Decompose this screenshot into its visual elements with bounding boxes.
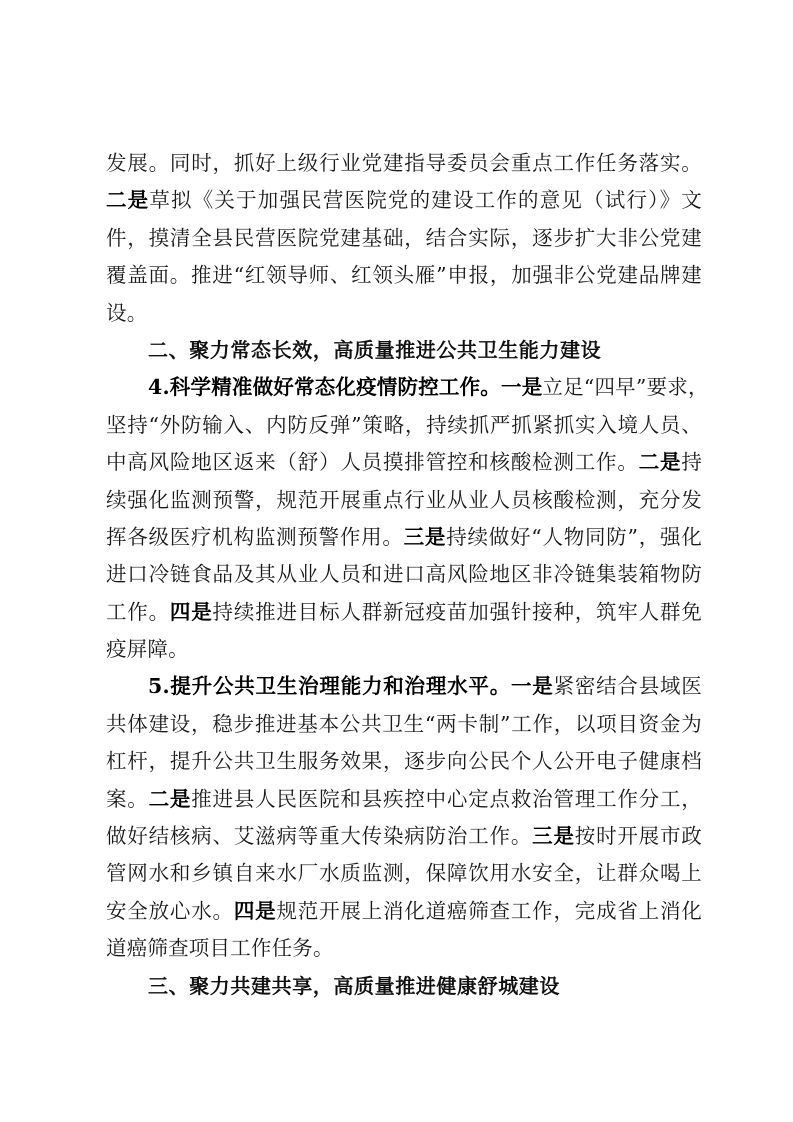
text-run: 立足“四早”要求， xyxy=(542,375,708,399)
text-run: 续强化监测预警，规范开展重点行业从业人员核酸检测，充分发 xyxy=(106,488,702,512)
text-line: 二是草拟《关于加强民营医院党的建设工作的意见（试行）》文 xyxy=(106,182,702,219)
text-line: 疫屏障。 xyxy=(106,631,702,668)
bold-lead-text: 4.科学精准做好常态化疫情防控工作。一是 xyxy=(148,375,542,399)
text-line: 4.科学精准做好常态化疫情防控工作。一是立足“四早”要求， xyxy=(106,369,702,406)
text-line: 案。二是推进县人民医院和县疾控中心定点救治管理工作分工， xyxy=(106,781,702,818)
text-run: 道癌筛查项目工作任务。 xyxy=(106,936,334,960)
text-line: 设。 xyxy=(106,295,702,332)
text-run: 共体建设，稳步推进基本公共卫生“两卡制”工作，以项目资金为 xyxy=(106,712,702,736)
text-run: 中高风险地区返来（舒）人员摸排管控和核酸检测工作。 xyxy=(106,450,639,474)
text-line: 坚持“外防输入、内防反弹”策略，持续抓严抓紧抓实入境人员、 xyxy=(106,407,702,444)
text-run: 持 xyxy=(681,450,702,474)
bold-lead-text: 三是 xyxy=(404,525,447,549)
text-line: 中高风险地区返来（舒）人员摸排管控和核酸检测工作。二是持 xyxy=(106,444,702,481)
bold-lead-text: 二是 xyxy=(149,787,192,811)
text-run: 紧密结合县域医 xyxy=(554,674,702,698)
bold-lead-text: 二是 xyxy=(106,188,149,212)
bold-lead-text: 二是 xyxy=(639,450,682,474)
text-run: 设。 xyxy=(106,301,147,325)
text-line: 5.提升公共卫生治理能力和治理水平。一是紧密结合县域医 xyxy=(106,668,702,705)
text-run: 工作。 xyxy=(106,600,170,624)
section-heading: 二、聚力常态长效，高质量推进公共卫生能力建设 xyxy=(106,332,702,369)
body-paragraph: 4.科学精准做好常态化疫情防控工作。一是立足“四早”要求，坚持“外防输入、内防反… xyxy=(106,369,702,668)
text-line: 做好结核病、艾滋病等重大传染病防治工作。三是按时开展市政 xyxy=(106,818,702,855)
text-run: 进口冷链食品及其从业人员和进口高风险地区非冷链集装箱物防 xyxy=(106,562,702,586)
text-run: 覆盖面。推进“红领导师、红领头雁”申报，加强非公党建品牌建 xyxy=(106,263,702,287)
text-line: 挥各级医疗机构监测预警作用。三是持续做好“人物同防”，强化 xyxy=(106,519,702,556)
text-run: 管网水和乡镇自来水厂水质监测，保障饮用水安全，让群众喝上 xyxy=(106,861,702,885)
text-run: 坚持“外防输入、内防反弹”策略，持续抓严抓紧抓实入境人员、 xyxy=(106,413,702,437)
text-run: 草拟《关于加强民营医院党的建设工作的意见（试行）》文 xyxy=(149,188,702,212)
body-paragraph: 5.提升公共卫生治理能力和治理水平。一是紧密结合县域医共体建设，稳步推进基本公共… xyxy=(106,668,702,967)
text-run: 安全放心水。 xyxy=(106,899,234,923)
bold-lead-text: 5.提升公共卫生治理能力和治理水平。一是 xyxy=(148,674,554,698)
text-run: 挥各级医疗机构监测预警作用。 xyxy=(106,525,404,549)
text-line: 发展。同时，抓好上级行业党建指导委员会重点工作任务落实。 xyxy=(106,145,702,182)
text-line: 进口冷链食品及其从业人员和进口高风险地区非冷链集装箱物防 xyxy=(106,556,702,593)
text-line: 共体建设，稳步推进基本公共卫生“两卡制”工作，以项目资金为 xyxy=(106,706,702,743)
text-run: 发展。同时，抓好上级行业党建指导委员会重点工作任务落实。 xyxy=(106,151,702,175)
text-run: 件，摸清全县民营医院党建基础，结合实际，逐步扩大非公党建 xyxy=(106,226,702,250)
text-line: 件，摸清全县民营医院党建基础，结合实际，逐步扩大非公党建 xyxy=(106,220,702,257)
text-run: 持续做好“人物同防”，强化 xyxy=(446,525,702,549)
text-line: 安全放心水。四是规范开展上消化道癌筛查工作，完成省上消化 xyxy=(106,893,702,930)
text-run: 规范开展上消化道癌筛查工作，完成省上消化 xyxy=(276,899,702,923)
text-run: 疫屏障。 xyxy=(106,637,189,661)
bold-lead-text: 四是 xyxy=(170,600,213,624)
bold-lead-text: 四是 xyxy=(234,899,277,923)
document-page: 发展。同时，抓好上级行业党建指导委员会重点工作任务落实。二是草拟《关于加强民营医… xyxy=(0,0,793,1122)
body-paragraph: 发展。同时，抓好上级行业党建指导委员会重点工作任务落实。二是草拟《关于加强民营医… xyxy=(106,145,702,332)
bold-lead-text: 三是 xyxy=(532,824,575,848)
text-line: 续强化监测预警，规范开展重点行业从业人员核酸检测，充分发 xyxy=(106,482,702,519)
text-line: 管网水和乡镇自来水厂水质监测，保障饮用水安全，让群众喝上 xyxy=(106,855,702,892)
text-run: 杠杆，提升公共卫生服务效果，逐步向公民个人公开电子健康档 xyxy=(106,749,702,773)
text-run: 做好结核病、艾滋病等重大传染病防治工作。 xyxy=(106,824,532,848)
text-run: 推进县人民医院和县疾控中心定点救治管理工作分工， xyxy=(191,787,702,811)
document-body: 发展。同时，抓好上级行业党建指导委员会重点工作任务落实。二是草拟《关于加强民营医… xyxy=(106,145,702,1005)
section-heading: 三、聚力共建共享，高质量推进健康舒城建设 xyxy=(106,968,702,1005)
text-line: 覆盖面。推进“红领导师、红领头雁”申报，加强非公党建品牌建 xyxy=(106,257,702,294)
text-line: 杠杆，提升公共卫生服务效果，逐步向公民个人公开电子健康档 xyxy=(106,743,702,780)
text-run: 持续推进目标人群新冠疫苗加强针接种，筑牢人群免 xyxy=(213,600,702,624)
text-line: 道癌筛查项目工作任务。 xyxy=(106,930,702,967)
text-run: 案。 xyxy=(106,787,149,811)
text-line: 工作。四是持续推进目标人群新冠疫苗加强针接种，筑牢人群免 xyxy=(106,594,702,631)
text-run: 按时开展市政 xyxy=(575,824,702,848)
